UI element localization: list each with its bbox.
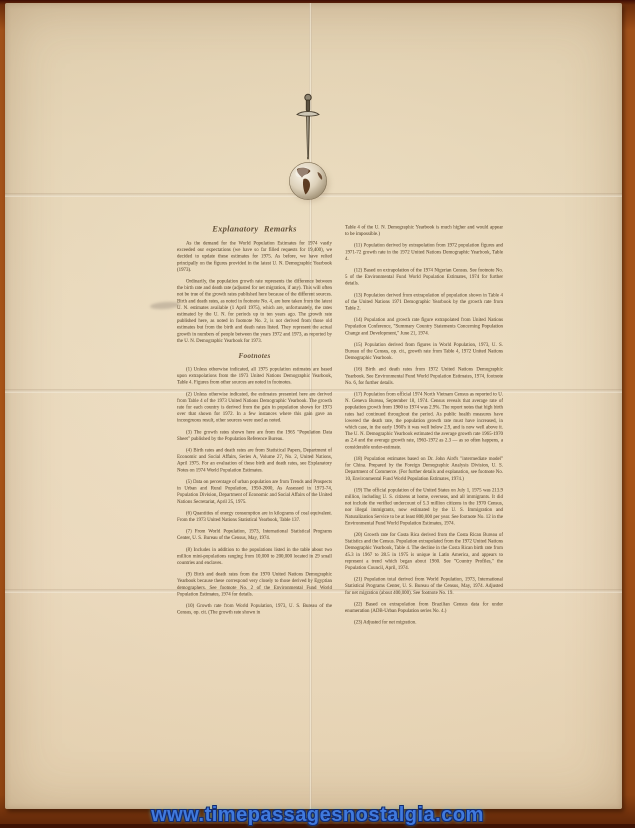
footnote: (6) Quantities of energy consumption are…: [177, 510, 332, 523]
footnote: (9) Birth and death rates from the 1970 …: [177, 571, 332, 597]
footnote: (4) Birth rates and death rates are from…: [177, 447, 332, 473]
continuation-text: Table 4 of the U. N. Demographic Yearboo…: [345, 224, 503, 237]
footnote: (10) Growth rate from World Population, …: [177, 602, 332, 615]
dagger-icon: [295, 93, 321, 163]
paragraph: As the demand for the World Population E…: [177, 240, 332, 273]
right-column: Table 4 of the U. N. Demographic Yearboo…: [345, 224, 503, 631]
document-paper: Explanatory Remarks As the demand for th…: [5, 3, 622, 809]
footnote: (13) Population derived from extrapolati…: [345, 292, 503, 312]
footnote: (16) Birth and death rates from 1972 Uni…: [345, 366, 503, 386]
footnote: (23) Adjusted for net migration.: [345, 619, 503, 626]
footnote: (14) Population and growth rate figure e…: [345, 317, 503, 337]
footnote: (3) The growth rates shown here are from…: [177, 429, 332, 442]
footnote: (8) Includes in addition to the populati…: [177, 546, 332, 566]
globe-icon: [288, 161, 328, 201]
footnote: (20) Growth rate for Costa Rica derived …: [345, 531, 503, 571]
pencil-smudge: [150, 301, 180, 310]
footnote: (17) Population from official 1974 North…: [345, 391, 503, 450]
footnote: (1) Unless otherwise indicated, all 1975…: [177, 366, 332, 386]
footnote: (11) Population derived by extrapolation…: [345, 242, 503, 262]
photo-of-document: Explanatory Remarks As the demand for th…: [0, 0, 635, 828]
footnote: (18) Population estimates based on Dr. J…: [345, 455, 503, 481]
footnotes-heading: Footnotes: [177, 352, 332, 361]
footnote: (19) The official population of the Unit…: [345, 487, 503, 527]
footnote: (21) Population total derived from World…: [345, 576, 503, 596]
footnote: (7) From World Population, 1973, Interna…: [177, 528, 332, 541]
document-text: Explanatory Remarks As the demand for th…: [177, 224, 507, 631]
watermark-url: www.timepassagesnostalgia.com: [0, 804, 635, 827]
paragraph: Ordinarily, the population growth rate r…: [177, 278, 332, 344]
footnote: (22) Based on extrapolation from Brazili…: [345, 601, 503, 614]
explanatory-remarks-heading: Explanatory Remarks: [177, 224, 332, 234]
footnote: (5) Data on percentage of urban populati…: [177, 478, 332, 504]
footnotes-right: (11) Population derived by extrapolation…: [345, 242, 503, 625]
dagger-globe-ornament: [285, 93, 331, 205]
footnote: (15) Population derived from figures in …: [345, 341, 503, 361]
footnote: (12) Based on extrapolation of the 1974 …: [345, 267, 503, 287]
explanatory-paragraphs: As the demand for the World Population E…: [177, 240, 332, 344]
footnotes-left: (1) Unless otherwise indicated, all 1975…: [177, 366, 332, 616]
left-column: Explanatory Remarks As the demand for th…: [177, 224, 332, 631]
footnote: (2) Unless otherwise indicated, the esti…: [177, 391, 332, 424]
